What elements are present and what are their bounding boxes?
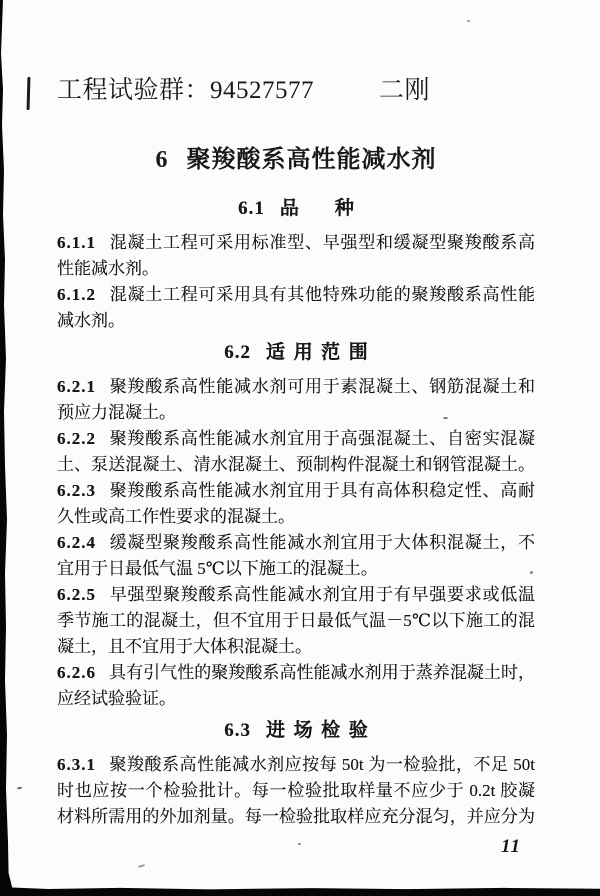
clause-number: 6.2.6 xyxy=(57,663,96,682)
section-title: 品 种 xyxy=(280,198,363,219)
clause-line: 6.1.1混凝土工程可采用标准型、早强型和缓凝型聚羧酸系高 xyxy=(57,230,535,256)
clause-line: 材料所需用的外加剂量。每一检验批取样应充分混匀，并应分为 xyxy=(57,804,535,830)
section-heading: 6.1品 种 xyxy=(57,196,535,222)
clause-line: 凝土，且不宜用于大体积混凝土。 xyxy=(57,634,535,660)
clause-line: 应经试验验证。 xyxy=(57,686,535,712)
clause-text: 混凝土工程可采用标准型、早强型和缓凝型聚羧酸系高 xyxy=(109,233,535,252)
scanned-document-page: 工程试验群：94527577 二刚 6聚羧酸系高性能减水剂 6.1品 种6.1.… xyxy=(0,0,600,896)
sections: 6.1品 种6.1.1混凝土工程可采用标准型、早强型和缓凝型聚羧酸系高性能减水剂… xyxy=(57,196,535,830)
clause-text: 混凝土工程可采用具有其他特殊功能的聚羧酸系高性能 xyxy=(109,285,535,304)
section-number: 6.2 xyxy=(224,342,251,363)
scan-speck xyxy=(467,20,470,22)
clause-text: 具有引气性的聚羧酸系高性能减水剂用于蒸养混凝土时， xyxy=(109,663,535,682)
scan-speck xyxy=(298,843,301,845)
header-right-text: 二刚 xyxy=(379,70,430,106)
clause-line: 土、泵送混凝土、清水混凝土、预制构件混凝土和钢管混凝土。 xyxy=(57,452,535,478)
clause-line: 6.2.5早强型聚羧酸系高性能减水剂宜用于有早强要求或低温 xyxy=(57,582,535,608)
clause-text: 缓凝型聚羧酸系高性能减水剂宜用于大体积混凝土，不 xyxy=(109,533,535,552)
scan-edge-bottom xyxy=(0,887,600,896)
clause-line: 6.1.2混凝土工程可采用具有其他特殊功能的聚羧酸系高性能 xyxy=(57,282,535,308)
clause-number: 6.1.2 xyxy=(57,285,96,304)
section-heading: 6.3进场检验 xyxy=(57,718,535,744)
clause-text: 聚羧酸系高性能减水剂宜用于高强混凝土、自密实混凝 xyxy=(109,429,535,448)
section-number: 6.1 xyxy=(238,198,265,219)
scan-speck xyxy=(138,864,145,868)
clause-text: 聚羧酸系高性能减水剂宜用于具有高体积稳定性、高耐 xyxy=(109,481,535,500)
clause-text: 聚羧酸系高性能减水剂应按每 50t 为一检验批，不足 50t xyxy=(109,755,535,774)
clause-text: 早强型聚羧酸系高性能减水剂宜用于有早强要求或低温 xyxy=(109,585,535,604)
chapter-number: 6 xyxy=(156,147,168,173)
clause-number: 6.2.2 xyxy=(57,429,96,448)
section-title: 进场检验 xyxy=(266,720,376,741)
section-heading: 6.2适用范围 xyxy=(57,340,535,366)
clause-line: 6.2.3聚羧酸系高性能减水剂宜用于具有高体积稳定性、高耐 xyxy=(57,478,535,504)
chapter-title: 6聚羧酸系高性能减水剂 xyxy=(57,139,535,174)
page-header: 工程试验群：94527577 二刚 xyxy=(57,70,535,106)
clause-line: 减水剂。 xyxy=(57,308,535,334)
clause-line: 6.2.4缓凝型聚羧酸系高性能减水剂宜用于大体积混凝土，不 xyxy=(57,530,535,556)
clause-line: 宜用于日最低气温 5℃以下施工的混凝土。 xyxy=(57,556,535,582)
clause-line: 6.3.1聚羧酸系高性能减水剂应按每 50t 为一检验批，不足 50t xyxy=(57,752,535,778)
clause-line: 6.2.6具有引气性的聚羧酸系高性能减水剂用于蒸养混凝土时， xyxy=(57,660,535,686)
clause-line: 性能减水剂。 xyxy=(57,256,535,282)
clause-text: 聚羧酸系高性能减水剂可用于素混凝土、钢筋混凝土和 xyxy=(109,377,535,396)
scan-edge-left xyxy=(0,0,9,896)
clause-line: 时也应按一个检验批计。每一检验批取样量不应少于 0.2t 胶凝 xyxy=(57,778,535,804)
clause-line: 预应力混凝土。 xyxy=(57,400,535,426)
clause-number: 6.2.3 xyxy=(57,481,96,500)
clause-line: 6.2.1聚羧酸系高性能减水剂可用于素混凝土、钢筋混凝土和 xyxy=(57,374,535,400)
header-left-text: 工程试验群：94527577 xyxy=(57,77,314,104)
section-title: 适用范围 xyxy=(266,342,376,363)
clause-line: 久性或高工作性要求的混凝土。 xyxy=(57,504,535,530)
clause-line: 季节施工的混凝土，但不宜用于日最低气温－5℃以下施工的混 xyxy=(57,608,535,634)
clause-number: 6.2.4 xyxy=(57,533,96,552)
clause-line: 6.2.2聚羧酸系高性能减水剂宜用于高强混凝土、自密实混凝 xyxy=(57,426,535,452)
chapter-title-text: 聚羧酸系高性能减水剂 xyxy=(187,147,437,173)
page-number: 11 xyxy=(501,836,521,858)
section-number: 6.3 xyxy=(224,720,251,741)
clause-number: 6.3.1 xyxy=(57,755,96,774)
clause-number: 6.2.5 xyxy=(57,585,96,604)
clause-number: 6.2.1 xyxy=(57,377,96,396)
scan-speck xyxy=(17,787,22,790)
scan-tick-mark xyxy=(27,77,30,110)
clause-number: 6.1.1 xyxy=(57,233,96,252)
